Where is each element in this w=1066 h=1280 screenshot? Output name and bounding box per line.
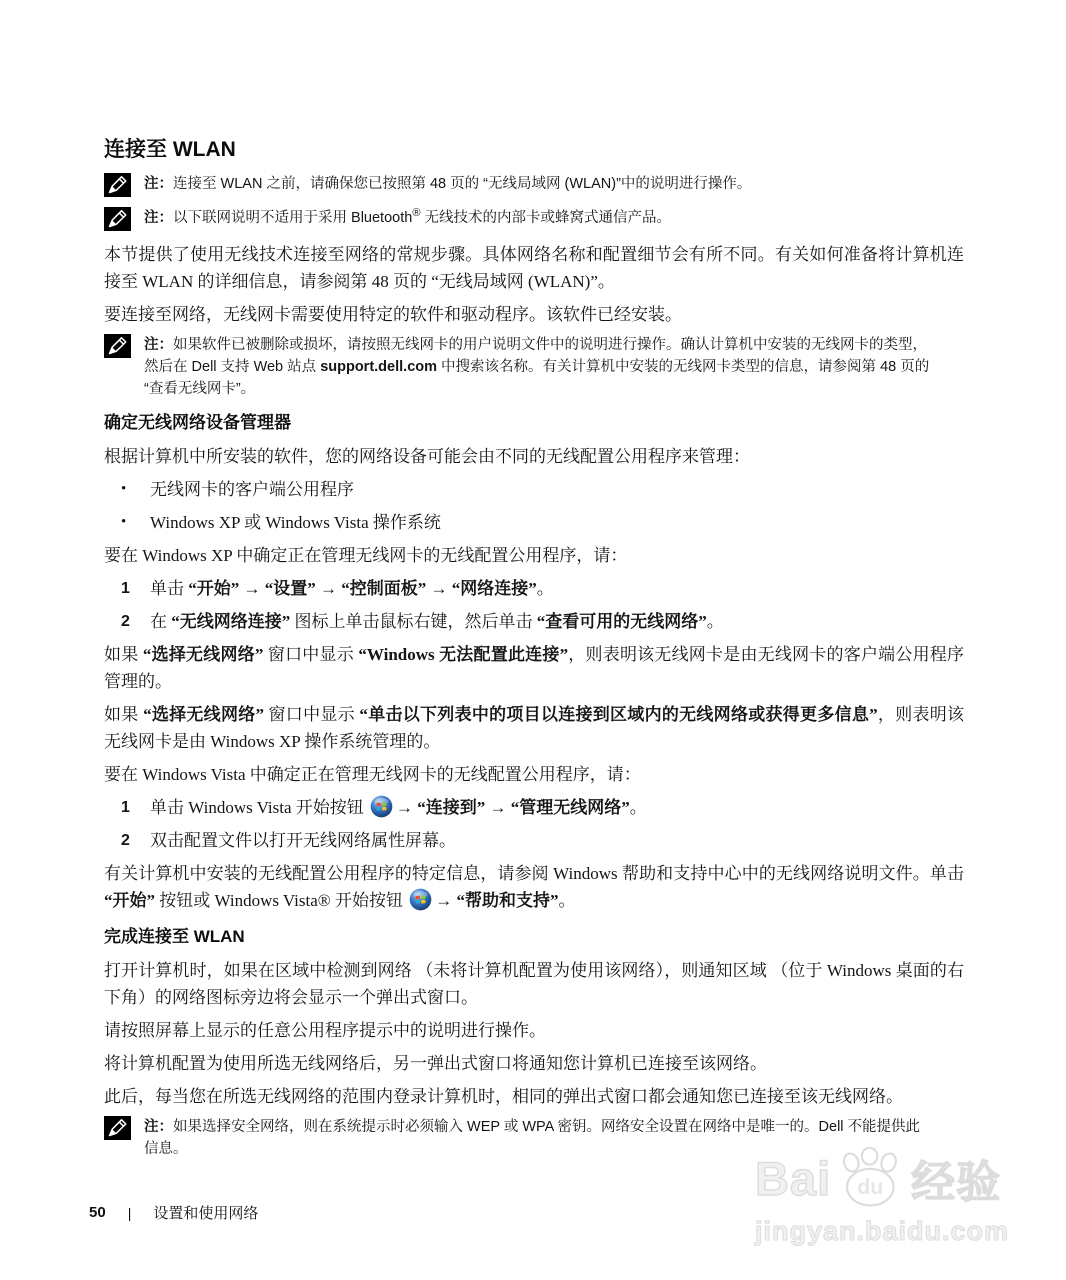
note-icon	[104, 1116, 131, 1140]
bullet-item: •无线网卡的客户端公用程序	[104, 476, 964, 503]
inline-icon-holder	[407, 891, 435, 910]
numbered-step: 2在 “无线网络连接” 图标上单击鼠标右键，然后单击 “查看可用的无线网络”。	[104, 608, 964, 635]
bullet-item: •Windows XP 或 Windows Vista 操作系统	[104, 509, 964, 536]
paragraph: 打开计算机时，如果在区域中检测到网络 （未将计算机配置为使用该网络），则通知区域…	[104, 957, 964, 1011]
step-text: 双击配置文件以打开无线网络属性屏幕。	[150, 827, 964, 854]
step-number: 1	[104, 794, 150, 821]
text-segment: 要连接至网络，无线网卡需要使用特定的软件和驱动程序。该软件已经安装。	[104, 305, 682, 324]
step-text: 单击 Windows Vista 开始按钮 → “连接到” → “管理无线网络”…	[150, 794, 964, 821]
text-segment: 图标上单击鼠标右键，然后单击	[290, 612, 537, 631]
text-segment: 按钮或 Windows Vista® 开始按钮	[155, 891, 407, 910]
paragraph: 要在 Windows XP 中确定正在管理无线网卡的无线配置公用程序，请：	[104, 542, 964, 569]
text-segment: “连接到”	[417, 798, 485, 817]
text-segment: 无线网卡的客户端公用程序	[150, 480, 354, 499]
text-segment: 单击 Windows Vista 开始按钮	[150, 798, 368, 817]
text-segment: 有关计算机中安装的无线配置公用程序的特定信息，请参阅 Windows 帮助和支持…	[104, 864, 964, 883]
bullet-text: Windows XP 或 Windows Vista 操作系统	[150, 509, 964, 536]
text-segment: 要在 Windows XP 中确定正在管理无线网卡的无线配置公用程序，请：	[104, 546, 627, 565]
text-segment: support.dell.com	[320, 359, 437, 375]
text-segment: 要在 Windows Vista 中确定正在管理无线网卡的无线配置公用程序，请：	[104, 765, 641, 784]
text-segment: “控制面板”	[341, 579, 426, 598]
numbered-step: 2双击配置文件以打开无线网络属性屏幕。	[104, 827, 964, 854]
note-icon	[104, 334, 131, 358]
text-segment: 注：	[144, 337, 173, 353]
paragraph: 有关计算机中安装的无线配置公用程序的特定信息，请参阅 Windows 帮助和支持…	[104, 860, 964, 914]
note-text: 注：如果选择安全网络，则在系统提示时必须输入 WEP 或 WPA 密钥。网络安全…	[144, 1116, 934, 1160]
paragraph: 此后，每当您在所选无线网络的范围内登录计算机时，相同的弹出式窗口都会通知您已连接…	[104, 1083, 964, 1110]
step-number: 1	[104, 575, 150, 602]
section-heading: 确定无线网络设备管理器	[104, 412, 964, 434]
text-segment: “Windows 无法配置此连接”	[358, 645, 568, 664]
watermark-url: jingyan.baidu.com	[755, 1216, 1055, 1247]
note-block: 注：如果选择安全网络，则在系统提示时必须输入 WEP 或 WPA 密钥。网络安全…	[104, 1116, 964, 1160]
paragraph: 请按照屏幕上显示的任意公用程序提示中的说明进行操作。	[104, 1017, 964, 1044]
step-text: 在 “无线网络连接” 图标上单击鼠标右键，然后单击 “查看可用的无线网络”。	[150, 608, 964, 635]
paragraph: 要在 Windows Vista 中确定正在管理无线网卡的无线配置公用程序，请：	[104, 761, 964, 788]
text-segment: “设置”	[265, 579, 316, 598]
text-segment: →	[316, 579, 342, 598]
windows-vista-start-button-icon	[370, 795, 393, 818]
text-segment: 根据计算机中所安装的软件，您的网络设备可能会由不同的无线配置公用程序来管理：	[104, 447, 750, 466]
text-segment: →	[485, 798, 511, 817]
numbered-step: 1单击 “开始” → “设置” → “控制面板” → “网络连接”。	[104, 575, 964, 602]
text-segment: “开始”	[104, 891, 155, 910]
text-segment: 注：	[144, 210, 173, 226]
page-title: 连接至 WLAN	[104, 138, 964, 162]
bullet-marker: •	[104, 509, 150, 536]
text-segment: “帮助和支持”	[456, 891, 558, 910]
note-text: 注：连接至 WLAN 之前，请确保您已按照第 48 页的 “无线局域网 (WLA…	[144, 173, 934, 195]
text-segment: 双击配置文件以打开无线网络属性屏幕。	[150, 831, 456, 850]
manual-content: 连接至 WLAN注：连接至 WLAN 之前，请确保您已按照第 48 页的 “无线…	[104, 138, 964, 1170]
watermark-du-text: du	[858, 1176, 884, 1199]
text-segment: →	[435, 891, 456, 910]
text-segment: 连接至 WLAN 之前，请确保您已按照第 48 页的 “无线局域网 (WLAN)…	[173, 176, 751, 192]
step-number: 2	[104, 608, 150, 635]
note-text: 注：以下联网说明不适用于采用 Bluetooth® 无线技术的内部卡或蜂窝式通信…	[144, 207, 934, 229]
numbered-step: 1单击 Windows Vista 开始按钮 → “连接到” → “管理无线网络…	[104, 794, 964, 821]
text-segment: 将计算机配置为使用所选无线网络后，另一弹出式窗口将通知您计算机已连接至该网络。	[104, 1054, 767, 1073]
text-segment: “管理无线网络”	[511, 798, 630, 817]
text-segment: 请按照屏幕上显示的任意公用程序提示中的说明进行操作。	[104, 1021, 546, 1040]
text-segment: 以下联网说明不适用于采用 Bluetooth	[173, 210, 412, 226]
text-segment: 在	[150, 612, 171, 631]
paragraph: 如果 “选择无线网络” 窗口中显示 “单击以下列表中的项目以连接到区域内的无线网…	[104, 701, 964, 755]
paragraph: 如果 “选择无线网络” 窗口中显示 “Windows 无法配置此连接”，则表明该…	[104, 641, 964, 695]
footer-separator: |	[128, 1205, 132, 1221]
note-block: 注：如果软件已被删除或损坏，请按照无线网卡的用户说明文件中的说明进行操作。确认计…	[104, 334, 964, 400]
text-segment: 打开计算机时，如果在区域中检测到网络 （未将计算机配置为使用该网络），则通知区域…	[104, 961, 964, 1007]
step-text: 单击 “开始” → “设置” → “控制面板” → “网络连接”。	[150, 575, 964, 602]
text-segment: “单击以下列表中的项目以连接到区域内的无线网络或获得更多信息”	[359, 705, 877, 724]
text-segment: →	[426, 579, 452, 598]
text-segment: 。	[630, 798, 647, 817]
text-segment: 窗口中显示	[264, 705, 359, 724]
text-segment: 窗口中显示	[263, 645, 358, 664]
paragraph: 根据计算机中所安装的软件，您的网络设备可能会由不同的无线配置公用程序来管理：	[104, 443, 964, 470]
page-footer: 50 | 设置和使用网络	[89, 1202, 258, 1223]
paragraph: 要连接至网络，无线网卡需要使用特定的软件和驱动程序。该软件已经安装。	[104, 301, 964, 328]
text-segment: “选择无线网络”	[143, 705, 264, 724]
text-segment: →	[396, 798, 417, 817]
text-segment: 如果	[104, 645, 143, 664]
inline-icon-holder	[368, 798, 396, 817]
text-segment: 如果	[104, 705, 143, 724]
paragraph: 本节提供了使用无线技术连接至网络的常规步骤。具体网络名称和配置细节会有所不同。有…	[104, 241, 964, 295]
text-segment: 本节提供了使用无线技术连接至网络的常规步骤。具体网络名称和配置细节会有所不同。有…	[104, 245, 964, 291]
text-segment: “选择无线网络”	[143, 645, 264, 664]
bullet-marker: •	[104, 476, 150, 503]
text-segment: “无线网络连接”	[171, 612, 290, 631]
text-segment: 无线技术的内部卡或蜂窝式通信产品。	[420, 210, 671, 226]
text-segment: 。	[558, 891, 575, 910]
text-segment: 注：	[144, 176, 173, 192]
note-text: 注：如果软件已被删除或损坏，请按照无线网卡的用户说明文件中的说明进行操作。确认计…	[144, 334, 934, 400]
note-icon	[104, 173, 131, 197]
note-block: 注：以下联网说明不适用于采用 Bluetooth® 无线技术的内部卡或蜂窝式通信…	[104, 207, 964, 231]
text-segment: “查看可用的无线网络”	[537, 612, 707, 631]
bullet-text: 无线网卡的客户端公用程序	[150, 476, 964, 503]
paragraph: 将计算机配置为使用所选无线网络后，另一弹出式窗口将通知您计算机已连接至该网络。	[104, 1050, 964, 1077]
text-segment: →	[239, 579, 265, 598]
text-segment: “开始”	[188, 579, 239, 598]
step-number: 2	[104, 827, 150, 854]
windows-vista-start-button-icon	[409, 888, 432, 911]
text-segment: 。	[707, 612, 724, 631]
text-segment: 如果选择安全网络，则在系统提示时必须输入 WEP 或 WPA 密钥。网络安全设置…	[144, 1119, 920, 1157]
page-number: 50	[89, 1204, 106, 1221]
note-block: 注：连接至 WLAN 之前，请确保您已按照第 48 页的 “无线局域网 (WLA…	[104, 173, 964, 197]
section-heading: 完成连接至 WLAN	[104, 926, 964, 948]
text-segment: “网络连接”	[452, 579, 537, 598]
footer-section-title: 设置和使用网络	[153, 1202, 258, 1223]
text-segment: 。	[537, 579, 554, 598]
document-page: 连接至 WLAN注：连接至 WLAN 之前，请确保您已按照第 48 页的 “无线…	[0, 0, 1066, 1280]
note-icon	[104, 207, 131, 231]
text-segment: 此后，每当您在所选无线网络的范围内登录计算机时，相同的弹出式窗口都会通知您已连接…	[104, 1087, 903, 1106]
text-segment: Windows XP 或 Windows Vista 操作系统	[150, 513, 441, 532]
text-segment: 单击	[150, 579, 188, 598]
text-segment: 注：	[144, 1119, 173, 1135]
